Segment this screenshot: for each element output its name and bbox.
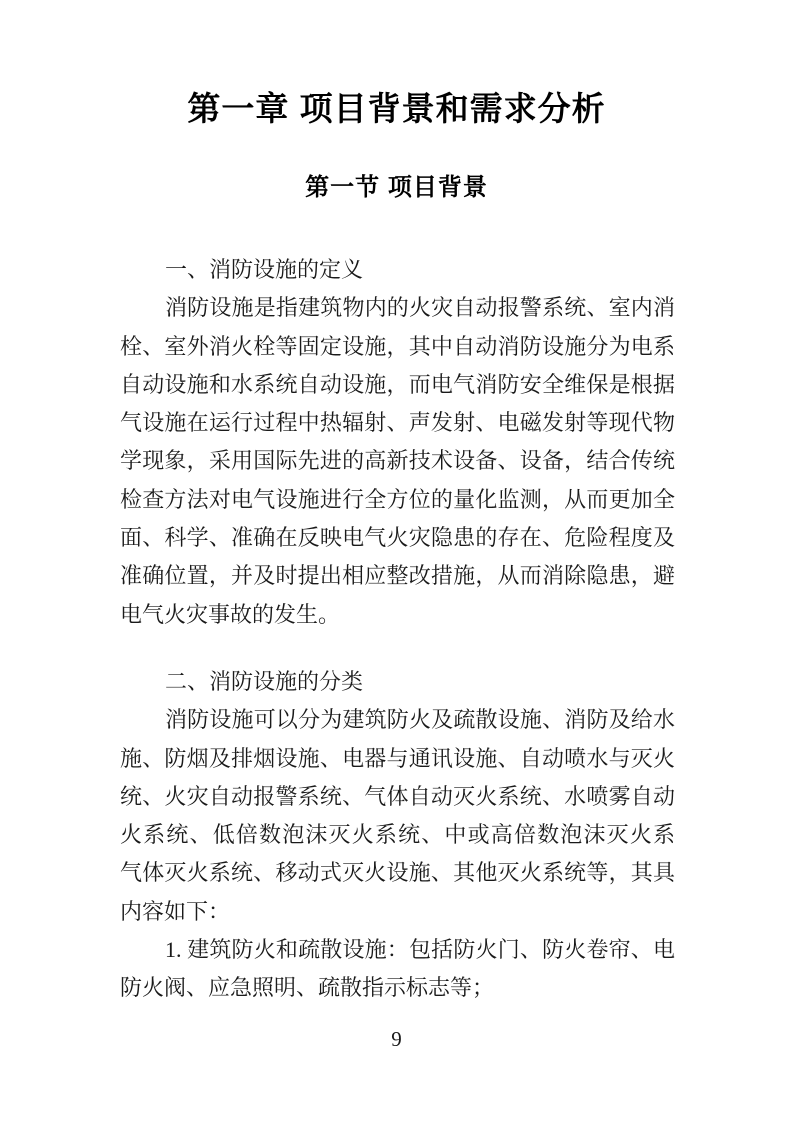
section-title: 第一节 项目背景 bbox=[0, 173, 793, 203]
text-line: 面、科学、准确在反映电气火灾隐患的存在、危险程度及其 bbox=[120, 519, 675, 557]
text-line: 火系统、低倍数泡沫灭火系统、中或高倍数泡沫灭火系统、 bbox=[120, 816, 675, 854]
blank-line bbox=[120, 634, 675, 663]
page-number: 9 bbox=[0, 1026, 793, 1052]
text-line: 一、消防设施的定义 bbox=[120, 251, 675, 289]
document-body: 一、消防设施的定义消防设施是指建筑物内的火灾自动报警系统、室内消火栓、室外消火栓… bbox=[120, 251, 675, 1008]
text-line: 内容如下： bbox=[120, 893, 675, 931]
text-line: 电气火灾事故的发生。 bbox=[120, 596, 675, 634]
text-line: 消防设施可以分为建筑防火及疏散设施、消防及给水设 bbox=[120, 701, 675, 739]
text-line: 准确位置，并及时提出相应整改措施，从而消除隐患，避免 bbox=[120, 557, 675, 595]
text-line: 气设施在运行过程中热辐射、声发射、电磁发射等现代物理 bbox=[120, 404, 675, 442]
text-line: 施、防烟及排烟设施、电器与通讯设施、自动喷水与灭火系 bbox=[120, 740, 675, 778]
text-line: 防火阀、应急照明、疏散指示标志等； bbox=[120, 969, 675, 1007]
text-line: 统、火灾自动报警系统、气体自动灭火系统、水喷雾自动灭 bbox=[120, 778, 675, 816]
text-line: 消防设施是指建筑物内的火灾自动报警系统、室内消火 bbox=[120, 289, 675, 327]
text-line: 二、消防设施的分类 bbox=[120, 663, 675, 701]
chapter-title: 第一章 项目背景和需求分析 bbox=[0, 88, 793, 129]
text-line: 栓、室外消火栓等固定设施，其中自动消防设施分为电系统 bbox=[120, 328, 675, 366]
document-page: 第一章 项目背景和需求分析 第一节 项目背景 一、消防设施的定义消防设施是指建筑… bbox=[0, 0, 793, 1122]
text-line: 气体灭火系统、移动式灭火设施、其他灭火系统等，其具体 bbox=[120, 854, 675, 892]
text-line: 学现象，采用国际先进的高新技术设备、设备，结合传统的 bbox=[120, 442, 675, 480]
text-line: 1. 建筑防火和疏散设施：包括防火门、防火卷帘、电动 bbox=[120, 931, 675, 969]
text-line: 自动设施和水系统自动设施，而电气消防安全维保是根据电 bbox=[120, 366, 675, 404]
text-line: 检查方法对电气设施进行全方位的量化监测，从而更加全 bbox=[120, 481, 675, 519]
